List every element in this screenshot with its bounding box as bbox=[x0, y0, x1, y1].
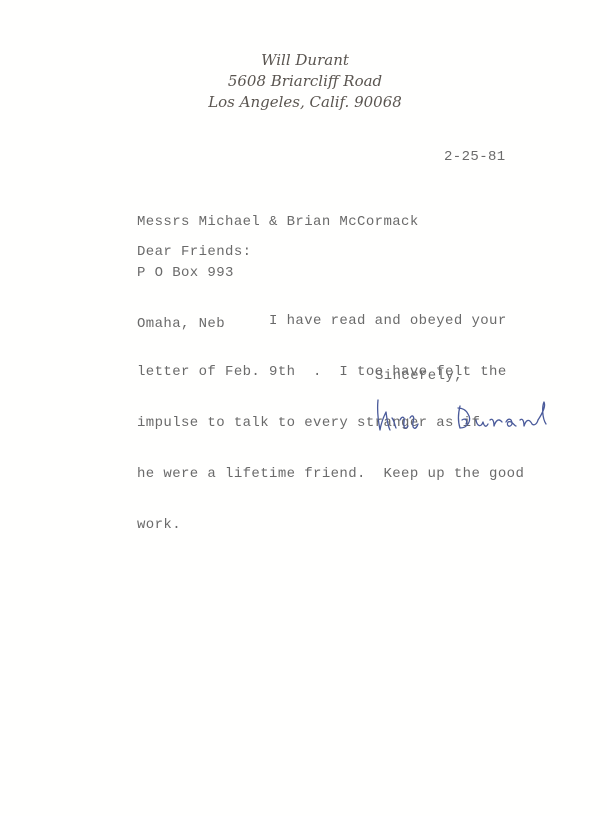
letterhead: Will Durant 5608 Briarcliff Road Los Ang… bbox=[190, 50, 420, 113]
letterhead-street: 5608 Briarcliff Road bbox=[190, 71, 420, 92]
letter-date: 2-25-81 bbox=[444, 149, 506, 165]
handwritten-signature: Will Durant bbox=[372, 390, 562, 438]
letterhead-city: Los Angeles, Calif. 90068 bbox=[190, 92, 420, 113]
body-line-2: letter of Feb. 9th . I too have felt the bbox=[137, 364, 524, 381]
salutation: Dear Friends: bbox=[137, 244, 251, 260]
letter-page: Will Durant 5608 Briarcliff Road Los Ang… bbox=[0, 0, 607, 816]
body-line-5: work. bbox=[137, 517, 524, 534]
recipient-line-1: Messrs Michael & Brian McCormack bbox=[137, 214, 419, 231]
body-line-4: he were a lifetime friend. Keep up the g… bbox=[137, 466, 524, 483]
closing: Sincerely, bbox=[375, 368, 463, 384]
body-line-1: I have read and obeyed your bbox=[137, 313, 524, 330]
letterhead-name: Will Durant bbox=[190, 50, 420, 71]
signature-scribble-icon bbox=[372, 390, 562, 438]
